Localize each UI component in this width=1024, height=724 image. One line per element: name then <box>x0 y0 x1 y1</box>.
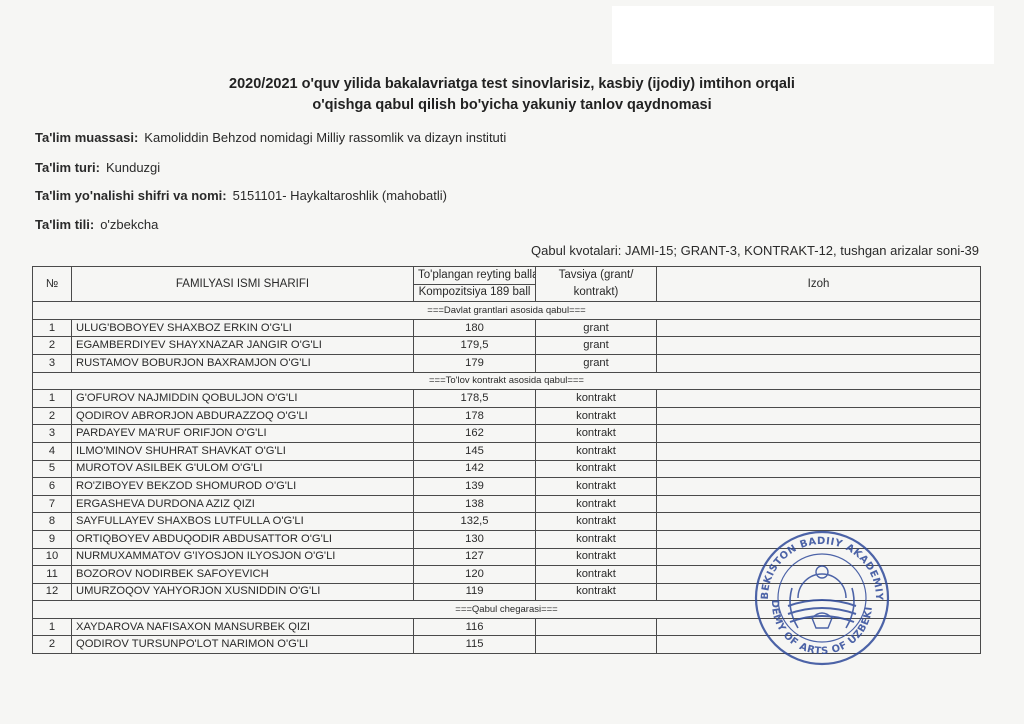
recommendation: kontrakt <box>536 583 657 601</box>
recommendation: kontrakt <box>536 460 657 478</box>
score: 179,5 <box>414 337 536 355</box>
note <box>657 566 981 584</box>
applicant-name: ERGASHEVA DURDONA AZIZ QIZI <box>72 495 414 513</box>
row-number: 2 <box>33 636 72 654</box>
table-row: 10NURMUXAMMATOV G'IYOSJON ILYOSJON O'G'L… <box>33 548 981 566</box>
applicant-name: MUROTOV ASILBEK G'ULOM O'G'LI <box>72 460 414 478</box>
score: 162 <box>414 425 536 443</box>
meta-value: Kamoliddin Behzod nomidagi Milliy rassom… <box>144 130 506 145</box>
score: 179 <box>414 354 536 372</box>
note <box>657 390 981 408</box>
recommendation: kontrakt <box>536 425 657 443</box>
applicant-name: G'OFUROV NAJMIDDIN QOBULJON O'G'LI <box>72 390 414 408</box>
score: 178,5 <box>414 390 536 408</box>
score: 145 <box>414 442 536 460</box>
applicant-name: QODIROV ABRORJON ABDURAZZOQ O'G'LI <box>72 407 414 425</box>
table-row: 6RO'ZIBOYEV BEKZOD SHOMUROD O'G'LI139kon… <box>33 478 981 496</box>
row-number: 3 <box>33 354 72 372</box>
document-title: 2020/2021 o'quv yilida bakalavriatga tes… <box>120 74 904 116</box>
table-row: 2QODIROV ABRORJON ABDURAZZOQ O'G'LI178ko… <box>33 407 981 425</box>
score: 180 <box>414 319 536 337</box>
note <box>657 354 981 372</box>
header-score-group: To'plangan reyting ballari <box>414 267 536 285</box>
recommendation: grant <box>536 354 657 372</box>
score: 139 <box>414 478 536 496</box>
note <box>657 618 981 636</box>
note <box>657 513 981 531</box>
recommendation <box>536 618 657 636</box>
note <box>657 636 981 654</box>
row-number: 3 <box>33 425 72 443</box>
meta-language: Ta'lim tili:o'zbekcha <box>35 217 158 232</box>
table-row: 1XAYDAROVA NAFISAXON MANSURBEK QIZI116 <box>33 618 981 636</box>
note <box>657 460 981 478</box>
row-number: 1 <box>33 390 72 408</box>
recommendation: kontrakt <box>536 407 657 425</box>
recommendation: grant <box>536 337 657 355</box>
table-row: 2QODIROV TURSUNPO'LOT NARIMON O'G'LI115 <box>33 636 981 654</box>
table-row: 1G'OFUROV NAJMIDDIN QOBULJON O'G'LI178,5… <box>33 390 981 408</box>
applicant-name: ULUG'BOBOYEV SHAXBOZ ERKIN O'G'LI <box>72 319 414 337</box>
meta-program: Ta'lim yo'nalishi shifri va nomi:5151101… <box>35 188 447 203</box>
meta-label: Ta'lim muassasi: <box>35 130 138 145</box>
applicant-name: XAYDAROVA NAFISAXON MANSURBEK QIZI <box>72 618 414 636</box>
note <box>657 407 981 425</box>
recommendation: grant <box>536 319 657 337</box>
row-number: 4 <box>33 442 72 460</box>
row-number: 10 <box>33 548 72 566</box>
note <box>657 337 981 355</box>
section-row: ===Qabul chegarasi=== <box>33 601 981 619</box>
section-row: ===To'lov kontrakt asosida qabul=== <box>33 372 981 390</box>
table-row: 1ULUG'BOBOYEV SHAXBOZ ERKIN O'G'LI180gra… <box>33 319 981 337</box>
row-number: 12 <box>33 583 72 601</box>
row-number: 2 <box>33 407 72 425</box>
section-title: ===Qabul chegarasi=== <box>33 601 981 619</box>
recommendation: kontrakt <box>536 390 657 408</box>
applicant-name: SAYFULLAYEV SHAXBOS LUTFULLA O'G'LI <box>72 513 414 531</box>
row-number: 8 <box>33 513 72 531</box>
recommendation: kontrakt <box>536 495 657 513</box>
note <box>657 495 981 513</box>
applicant-name: UMURZOQOV YAHYORJON XUSNIDDIN O'G'LI <box>72 583 414 601</box>
table-row: 3RUSTAMOV BOBURJON BAXRAMJON O'G'LI179gr… <box>33 354 981 372</box>
table-row: 4ILMO'MINOV SHUHRAT SHAVKAT O'G'LI145kon… <box>33 442 981 460</box>
row-number: 1 <box>33 319 72 337</box>
recommendation: kontrakt <box>536 513 657 531</box>
recommendation: kontrakt <box>536 566 657 584</box>
score: 142 <box>414 460 536 478</box>
score: 132,5 <box>414 513 536 531</box>
meta-value: 5151101- Haykaltaroshlik (mahobatli) <box>233 188 447 203</box>
meta-institution: Ta'lim muassasi:Kamoliddin Behzod nomida… <box>35 130 506 145</box>
section-title: ===To'lov kontrakt asosida qabul=== <box>33 372 981 390</box>
row-number: 2 <box>33 337 72 355</box>
meta-label: Ta'lim turi: <box>35 160 100 175</box>
applicant-name: BOZOROV NODIRBEK SAFOYEVICH <box>72 566 414 584</box>
score: 130 <box>414 530 536 548</box>
meta-study-form: Ta'lim turi:Kunduzgi <box>35 160 160 175</box>
table-row: 8SAYFULLAYEV SHAXBOS LUTFULLA O'G'LI132,… <box>33 513 981 531</box>
note <box>657 319 981 337</box>
note <box>657 530 981 548</box>
table-body: ===Davlat grantlari asosida qabul===1ULU… <box>33 302 981 654</box>
score: 178 <box>414 407 536 425</box>
meta-value: o'zbekcha <box>100 217 158 232</box>
header-recommendation: Tavsiya (grant/ kontrakt) <box>536 267 657 302</box>
admission-quota: Qabul kvotalari: JAMI-15; GRANT-3, KONTR… <box>531 243 979 258</box>
note <box>657 425 981 443</box>
applicant-name: RO'ZIBOYEV BEKZOD SHOMUROD O'G'LI <box>72 478 414 496</box>
table-row: 2EGAMBERDIYEV SHAYXNAZAR JANGIR O'G'LI17… <box>33 337 981 355</box>
applicant-name: NURMUXAMMATOV G'IYOSJON ILYOSJON O'G'LI <box>72 548 414 566</box>
title-line-2: o'qishga qabul qilish bo'yicha yakuniy t… <box>120 95 904 116</box>
section-row: ===Davlat grantlari asosida qabul=== <box>33 302 981 320</box>
note <box>657 548 981 566</box>
note <box>657 583 981 601</box>
table-row: 3PARDAYEV MA'RUF ORIFJON O'G'LI162kontra… <box>33 425 981 443</box>
applicant-name: ILMO'MINOV SHUHRAT SHAVKAT O'G'LI <box>72 442 414 460</box>
recommendation: kontrakt <box>536 530 657 548</box>
row-number: 11 <box>33 566 72 584</box>
table-row: 7ERGASHEVA DURDONA AZIZ QIZI138kontrakt <box>33 495 981 513</box>
row-number: 1 <box>33 618 72 636</box>
row-number: 6 <box>33 478 72 496</box>
meta-label: Ta'lim yo'nalishi shifri va nomi: <box>35 188 227 203</box>
note <box>657 478 981 496</box>
recommendation <box>536 636 657 654</box>
recommendation: kontrakt <box>536 478 657 496</box>
applicant-name: QODIROV TURSUNPO'LOT NARIMON O'G'LI <box>72 636 414 654</box>
applicant-name: ORTIQBOYEV ABDUQODIR ABDUSATTOR O'G'LI <box>72 530 414 548</box>
score: 115 <box>414 636 536 654</box>
score: 116 <box>414 618 536 636</box>
recommendation: kontrakt <box>536 548 657 566</box>
header-score-sub: Kompozitsiya 189 ball <box>414 284 536 302</box>
header-name: FAMILYASI ISMI SHARIFI <box>72 267 414 302</box>
score: 127 <box>414 548 536 566</box>
table-row: 12UMURZOQOV YAHYORJON XUSNIDDIN O'G'LI11… <box>33 583 981 601</box>
title-line-1: 2020/2021 o'quv yilida bakalavriatga tes… <box>120 74 904 95</box>
row-number: 5 <box>33 460 72 478</box>
applicant-name: RUSTAMOV BOBURJON BAXRAMJON O'G'LI <box>72 354 414 372</box>
score: 138 <box>414 495 536 513</box>
applicant-name: PARDAYEV MA'RUF ORIFJON O'G'LI <box>72 425 414 443</box>
score: 119 <box>414 583 536 601</box>
row-number: 7 <box>33 495 72 513</box>
header-note: Izoh <box>657 267 981 302</box>
section-title: ===Davlat grantlari asosida qabul=== <box>33 302 981 320</box>
recommendation: kontrakt <box>536 442 657 460</box>
table-row: 5MUROTOV ASILBEK G'ULOM O'G'LI142kontrak… <box>33 460 981 478</box>
meta-value: Kunduzgi <box>106 160 160 175</box>
table-row: 11BOZOROV NODIRBEK SAFOYEVICH120kontrakt <box>33 566 981 584</box>
note <box>657 442 981 460</box>
admission-table: № FAMILYASI ISMI SHARIFI To'plangan reyt… <box>32 266 981 654</box>
applicant-name: EGAMBERDIYEV SHAYXNAZAR JANGIR O'G'LI <box>72 337 414 355</box>
meta-label: Ta'lim tili: <box>35 217 94 232</box>
header-no: № <box>33 267 72 302</box>
blank-redacted-area <box>612 6 994 64</box>
row-number: 9 <box>33 530 72 548</box>
score: 120 <box>414 566 536 584</box>
table-row: 9ORTIQBOYEV ABDUQODIR ABDUSATTOR O'G'LI1… <box>33 530 981 548</box>
